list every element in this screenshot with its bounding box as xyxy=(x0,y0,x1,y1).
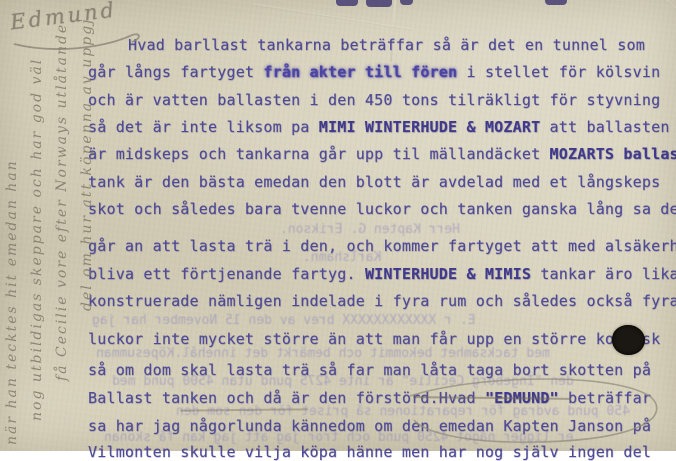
typed-line: går an att lasta trä i den, och kommer f… xyxy=(88,237,676,255)
paper-crease xyxy=(253,3,411,30)
typed-text: WINTERHUDE & MIMIS xyxy=(365,265,531,283)
ghost-line: Herr Kapten G. Erikson. xyxy=(280,222,460,237)
typed-text: tankar äro lika xyxy=(531,265,676,283)
typed-line: konstruerade nämligen indelade i fyra ru… xyxy=(88,292,676,310)
typed-text: MOZARTS ballast xyxy=(550,145,676,163)
typed-text: skot och således bara tvenne luckor och … xyxy=(88,200,676,218)
typed-text: bliva ett förtjenande fartyg. xyxy=(88,265,365,283)
margin-note: del om hur att köpenna av uppgjorda ar xyxy=(75,19,100,451)
typed-line: Hvad barllast tankarna beträffar så är d… xyxy=(128,36,645,54)
typed-line: luckor inte mycket större än att man får… xyxy=(88,330,660,348)
typed-text: går långs fartyget xyxy=(88,63,263,81)
typed-line: och är vatten ballasten i den 450 tons t… xyxy=(88,91,660,109)
typed-text: MIMI WINTERHUDE & MOZART xyxy=(319,118,541,136)
ink-stain xyxy=(400,0,413,5)
margin-note: få Cecilie vore efter Norways utlåtande xyxy=(50,19,75,451)
ghost-line: med tacksamhet bekommit och bemärkt det … xyxy=(96,346,550,361)
typed-text: från akter till fören xyxy=(263,63,457,81)
ink-stain xyxy=(545,0,567,5)
typed-text: i stellet för kölsvin xyxy=(457,63,660,81)
typed-text: konstruerade nämligen indelade i fyra ru… xyxy=(88,292,676,310)
typed-line: går långs fartyget från akter till fören… xyxy=(88,63,660,81)
ghost-line: E. r XXXXXXXXXXXX brev av den 15 Novembe… xyxy=(92,313,476,328)
typed-line: så det är inte liksom pa MIMI WINTERHUDE… xyxy=(88,118,670,136)
margin-note: när han tecktes hit emedan han xyxy=(0,19,25,451)
margin-handwriting: när han tecktes hit emedan hannog utbild… xyxy=(0,19,102,451)
ink-stain xyxy=(366,0,392,7)
typed-line: är midskeps och tankarna går upp til mäl… xyxy=(88,145,676,163)
margin-note: nog utbildigas skeppare och har god väl xyxy=(25,19,50,451)
typed-text: går an att lasta trä i den, och kommer f… xyxy=(88,237,676,255)
punch-hole xyxy=(612,325,645,355)
typed-text: att ballasten xyxy=(540,118,669,136)
paper-crease xyxy=(615,0,676,30)
ink-stain xyxy=(336,0,358,6)
typed-line: bliva ett förtjenande fartyg. WINTERHUDE… xyxy=(88,265,676,283)
pencil-oval-annotation xyxy=(388,368,668,451)
typed-text: tank är den bästa emedan den blott är av… xyxy=(88,173,660,191)
typed-text: Hvad barllast tankarna beträffar så är d… xyxy=(128,36,645,54)
typed-text: och är vatten ballasten i den 450 tons t… xyxy=(88,91,660,109)
typed-line: tank är den bästa emedan den blott är av… xyxy=(88,173,660,191)
typed-text: luckor inte mycket större än att man får… xyxy=(88,330,660,348)
scanned-letter-page: Herr Kapten G. Erikson.Karlshamn.E. r XX… xyxy=(0,0,676,451)
typed-text: så det är inte liksom pa xyxy=(88,118,319,136)
typed-line: skot och således bara tvenne luckor och … xyxy=(88,200,676,218)
typed-text: är midskeps och tankarna går upp til mäl… xyxy=(88,145,550,163)
